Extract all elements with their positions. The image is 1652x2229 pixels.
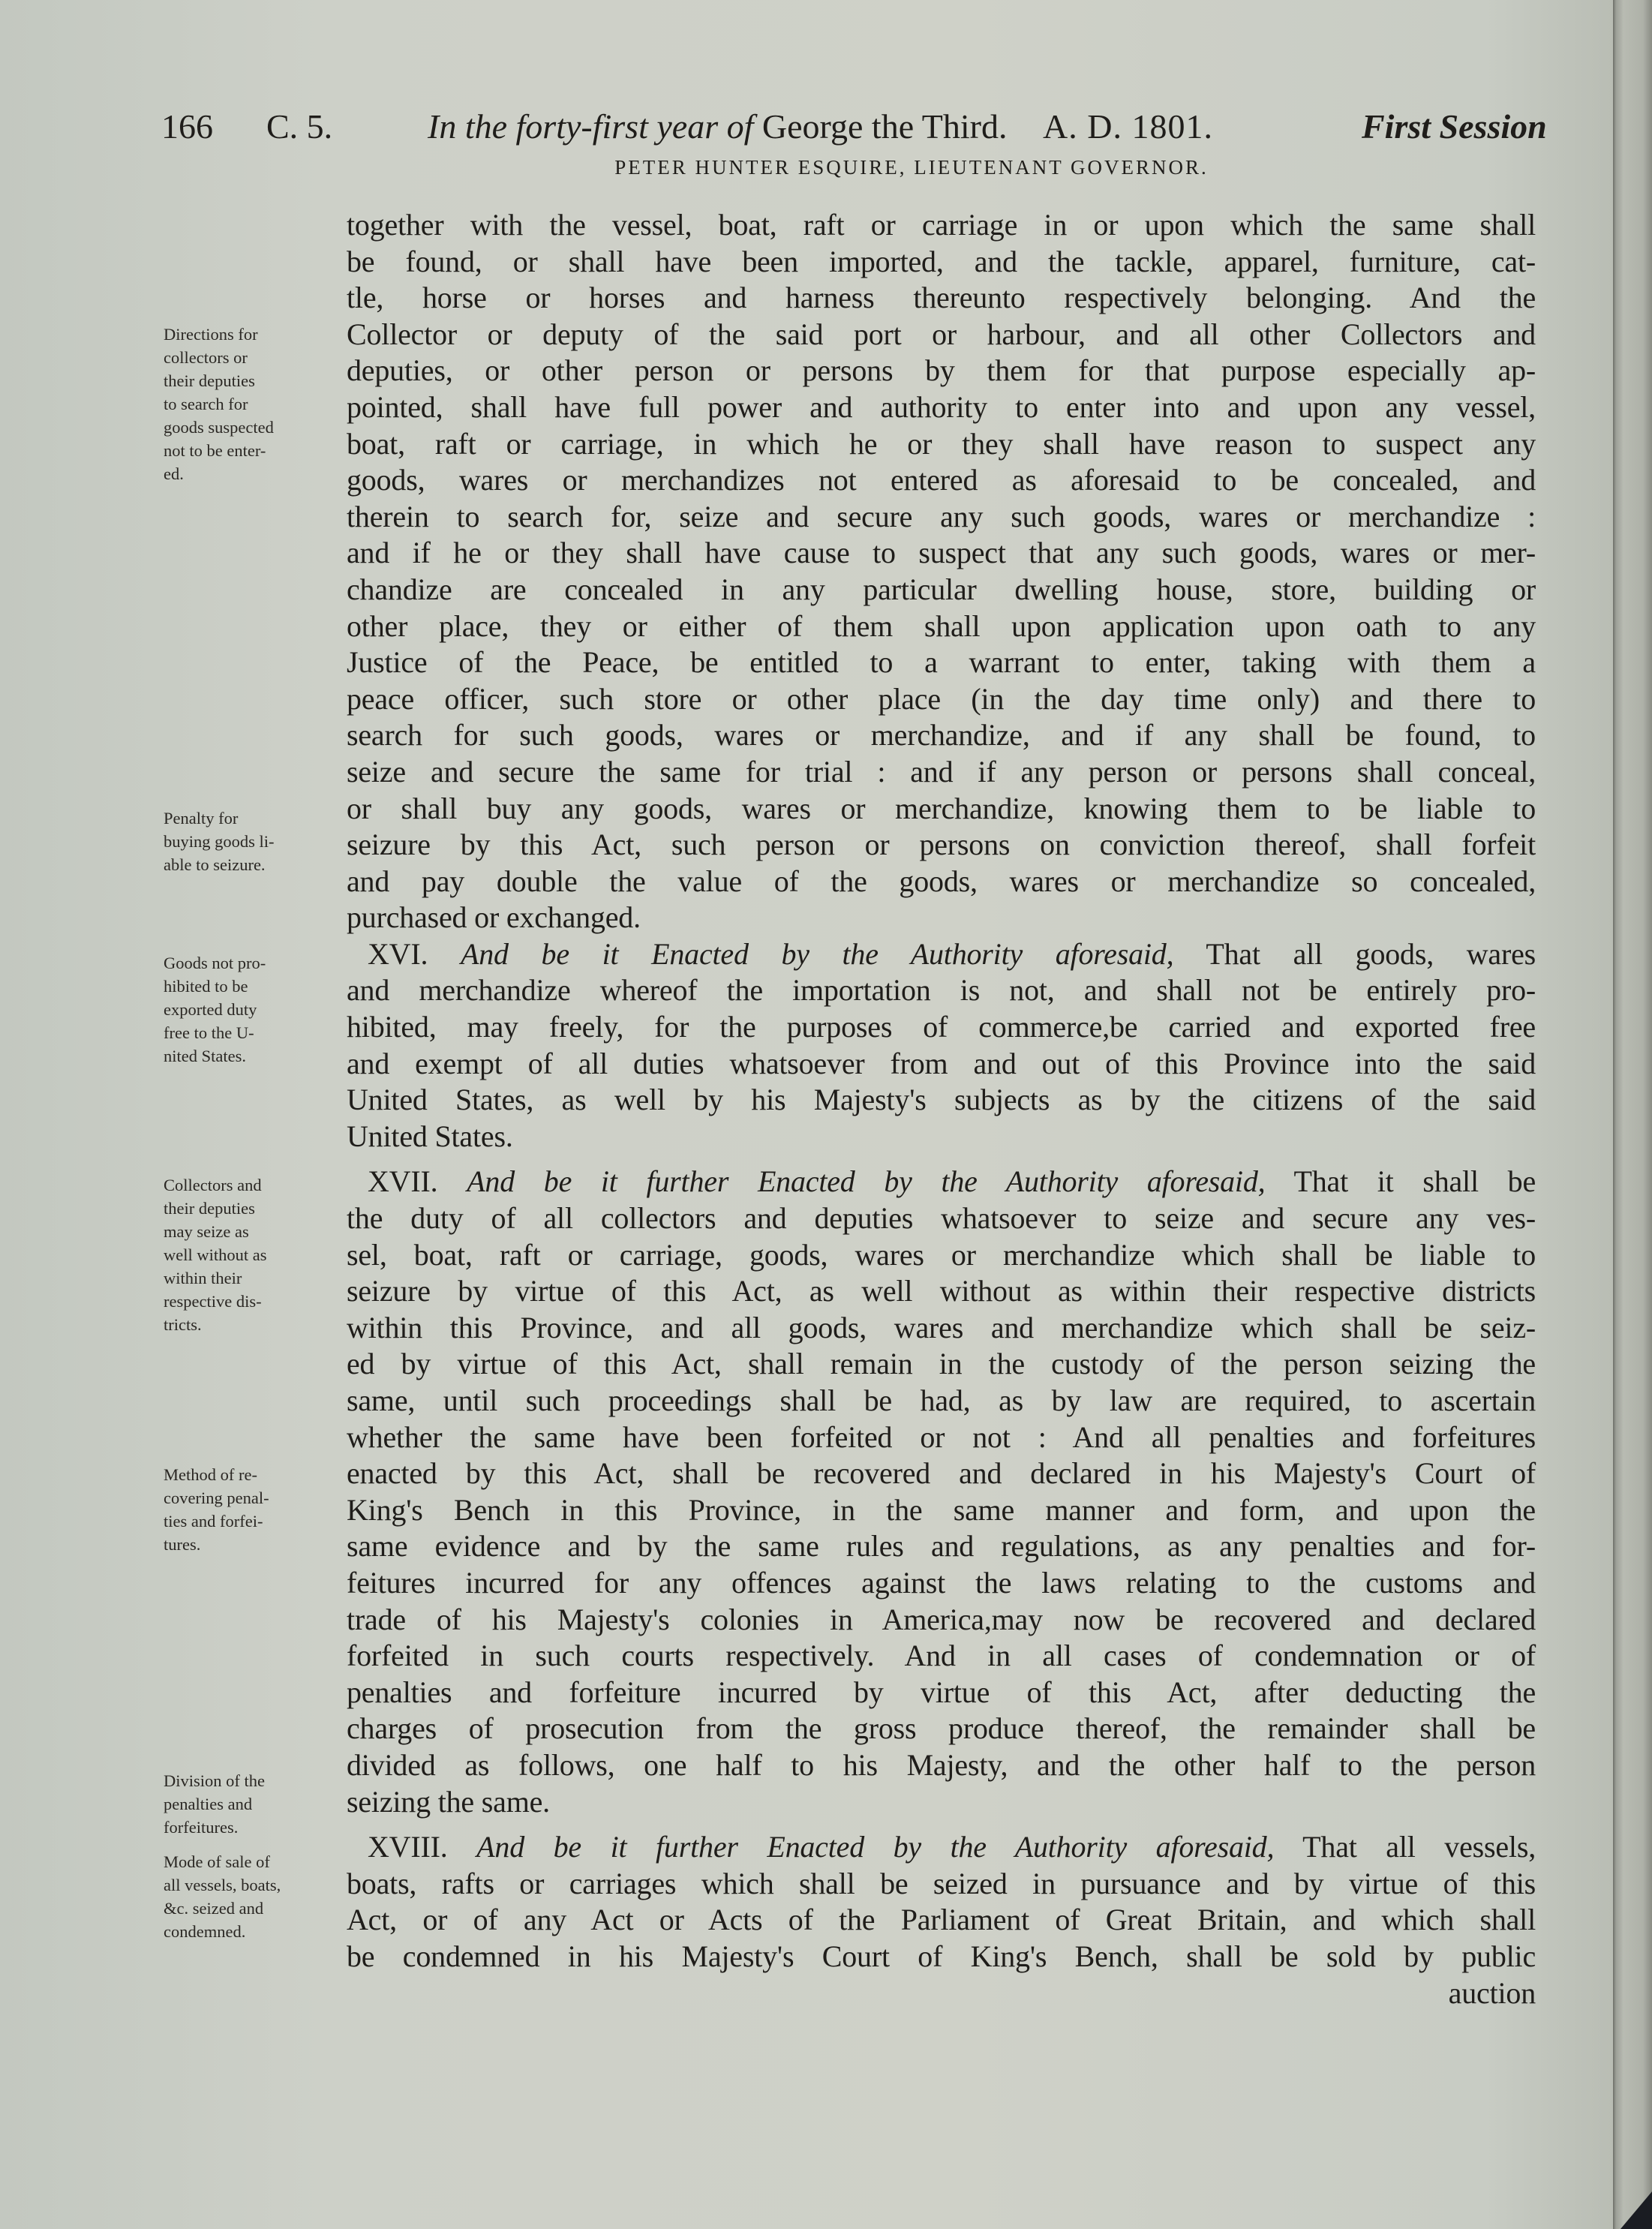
text-line: sel, boat, raft or carriage, goods, ware… — [347, 1237, 1536, 1274]
text-line: seizing the same. — [347, 1784, 1536, 1821]
running-head: 166 C. 5. In the forty-first year of Geo… — [161, 107, 1549, 152]
margin-note-line: tures. — [164, 1533, 344, 1556]
margin-note-line: to search for — [164, 392, 344, 416]
text-line: boats, rafts or carriages which shall be… — [347, 1866, 1536, 1903]
text-line: hibited, may freely, for the purposes of… — [347, 1009, 1536, 1046]
paragraph-continued: together with the vessel, boat, raft or … — [347, 207, 1536, 936]
margin-note-line: nited States. — [164, 1044, 344, 1068]
margin-note-line: able to seizure. — [164, 853, 344, 876]
section-number: XVII. — [368, 1164, 437, 1198]
text-line: Act, or of any Act or Acts of the Parlia… — [347, 1902, 1536, 1939]
text-line: same evidence and by the same rules and … — [347, 1528, 1536, 1565]
section-text: That all vessels, — [1302, 1830, 1536, 1864]
section-text: That it shall be — [1294, 1164, 1536, 1198]
margin-note-line: collectors or — [164, 346, 344, 369]
year: A. D. 1801. — [1043, 107, 1213, 146]
margin-note-line: goods suspected — [164, 416, 344, 439]
margin-note: Mode of sale ofall vessels, boats,&c. se… — [164, 1850, 344, 1943]
margin-note-line: Directions for — [164, 323, 344, 346]
margin-note-line: may seize as — [164, 1220, 344, 1243]
enacting-clause: And be it further Enacted by the Authori… — [476, 1830, 1274, 1864]
sub-heading: PETER HUNTER ESQUIRE, LIEUTENANT GOVERNO… — [0, 156, 1613, 179]
book-gutter — [1613, 0, 1652, 2229]
margin-note-line: hibited to be — [164, 975, 344, 998]
margin-note-line: respective dis- — [164, 1290, 344, 1313]
text-line: trade of his Majesty's colonies in Ameri… — [347, 1602, 1536, 1639]
margin-note: Collectors andtheir deputiesmay seize as… — [164, 1173, 344, 1336]
margin-note: Goods not pro-hibited to beexported duty… — [164, 951, 344, 1068]
regnal-title: In the forty-first year of George the Th… — [428, 107, 1007, 146]
text-line: search for such goods, wares or merchand… — [347, 717, 1536, 754]
text-line: the duty of all collectors and deputies … — [347, 1200, 1536, 1237]
margin-note-line: not to be enter- — [164, 439, 344, 462]
regnal-title-king: George the Third. — [762, 107, 1008, 146]
margin-note-line: Goods not pro- — [164, 951, 344, 975]
text-line: United States. — [347, 1119, 1536, 1155]
margin-note-line: penalties and — [164, 1792, 344, 1816]
margin-note-line: buying goods li- — [164, 830, 344, 853]
text-line: boat, raft or carriage, in which he or t… — [347, 426, 1536, 463]
margin-note: Method of re-covering penal-ties and for… — [164, 1463, 344, 1556]
margin-note-line: Mode of sale of — [164, 1850, 344, 1873]
section-first-line: XVIII. And be it further Enacted by the … — [347, 1829, 1536, 1866]
text-line: King's Bench in this Province, in the sa… — [347, 1492, 1536, 1529]
text-line: whether the same have been forfeited or … — [347, 1419, 1536, 1456]
section-number: XVI. — [368, 937, 428, 971]
text-line: charges of prosecution from the gross pr… — [347, 1711, 1536, 1747]
text-line: divided as follows, one half to his Maje… — [347, 1747, 1536, 1784]
text-line: ed by virtue of this Act, shall remain i… — [347, 1346, 1536, 1383]
margin-note: Division of thepenalties andforfeitures. — [164, 1769, 344, 1839]
margin-note-line: exported duty — [164, 998, 344, 1021]
text-line: and pay double the value of the goods, w… — [347, 864, 1536, 900]
text-line: therein to search for, seize and secure … — [347, 499, 1536, 536]
text-line: enacted by this Act, shall be recovered … — [347, 1455, 1536, 1492]
margin-note: Directions forcollectors ortheir deputie… — [164, 323, 344, 485]
governor-heading: PETER HUNTER ESQUIRE, LIEUTENANT GOVERNO… — [614, 156, 1208, 179]
margin-note-line: covering penal- — [164, 1486, 344, 1510]
margin-note-line: ties and forfei- — [164, 1510, 344, 1533]
book-page: 166 C. 5. In the forty-first year of Geo… — [0, 0, 1613, 2229]
margin-note-line: Division of the — [164, 1769, 344, 1792]
text-line: purchased or exchanged. — [347, 900, 1536, 936]
section-number: XVIII. — [368, 1830, 448, 1864]
margin-note-line: Method of re- — [164, 1463, 344, 1486]
margin-note-line: well without as — [164, 1243, 344, 1266]
section-first-line: XVII. And be it further Enacted by the A… — [347, 1164, 1536, 1200]
text-line: together with the vessel, boat, raft or … — [347, 207, 1536, 244]
text-line: seize and secure the same for trial : an… — [347, 754, 1536, 791]
text-line: United States, as well by his Majesty's … — [347, 1082, 1536, 1119]
text-line: deputies, or other person or persons by … — [347, 353, 1536, 389]
session: First Session — [1362, 107, 1547, 146]
margin-note: Penalty forbuying goods li-able to seizu… — [164, 807, 344, 876]
margin-note-line: Penalty for — [164, 807, 344, 830]
section-text: That all goods, wares — [1206, 937, 1536, 971]
section-first-line: XVI. And be it Enacted by the Authority … — [347, 936, 1536, 973]
text-line: peace officer, such store or other place… — [347, 681, 1536, 718]
text-line: other place, they or either of them shal… — [347, 608, 1536, 645]
text-line: seizure by virtue of this Act, as well w… — [347, 1273, 1536, 1310]
margin-note-line: their deputies — [164, 369, 344, 392]
text-line: or shall buy any goods, wares or merchan… — [347, 791, 1536, 828]
text-line: and exempt of all duties whatsoever from… — [347, 1046, 1536, 1083]
text-line: and if he or they shall have cause to su… — [347, 535, 1536, 572]
text-line: penalties and forfeiture incurred by vir… — [347, 1675, 1536, 1711]
margin-note-line: their deputies — [164, 1197, 344, 1220]
margin-note-line: ed. — [164, 462, 344, 485]
chapter-number: C. 5. — [266, 107, 332, 146]
margin-note-line: forfeitures. — [164, 1816, 344, 1839]
text-line: feitures incurred for any offences again… — [347, 1565, 1536, 1602]
text-line: be condemned in his Majesty's Court of K… — [347, 1939, 1536, 1975]
margin-note-line: within their — [164, 1266, 344, 1290]
text-line: chandize are concealed in any particular… — [347, 572, 1536, 608]
margin-note-line: &c. seized and — [164, 1897, 344, 1920]
margin-note-line: tricts. — [164, 1313, 344, 1336]
text-line: pointed, shall have full power and autho… — [347, 389, 1536, 426]
page-number: 166 — [161, 107, 213, 146]
regnal-title-pre: In the forty-first year of — [428, 107, 762, 146]
catchword: auction — [347, 1975, 1536, 2012]
margin-note-line: condemned. — [164, 1920, 344, 1943]
paragraph-gap — [347, 1155, 1536, 1164]
text-line: be found, or shall have been imported, a… — [347, 244, 1536, 281]
text-line: Justice of the Peace, be entitled to a w… — [347, 644, 1536, 681]
enacting-clause: And be it further Enacted by the Authori… — [467, 1164, 1265, 1198]
text-line: seizure by this Act, such person or pers… — [347, 827, 1536, 864]
text-line: forfeited in such courts respectively. A… — [347, 1638, 1536, 1675]
margin-note-line: Collectors and — [164, 1173, 344, 1197]
section-xvi: XVI. And be it Enacted by the Authority … — [347, 936, 1536, 1164]
section-xvii: XVII. And be it further Enacted by the A… — [347, 1164, 1536, 1829]
section-xviii: XVIII. And be it further Enacted by the … — [347, 1829, 1536, 1975]
text-line: tle, horse or horses and harness thereun… — [347, 280, 1536, 317]
text-line: goods, wares or merchandizes not entered… — [347, 462, 1536, 499]
margin-note-line: free to the U- — [164, 1021, 344, 1044]
text-line: and merchandize whereof the importation … — [347, 972, 1536, 1009]
margin-note-line: all vessels, boats, — [164, 1873, 344, 1897]
text-line: Collector or deputy of the said port or … — [347, 317, 1536, 353]
paragraph-gap — [347, 1820, 1536, 1829]
text-line: within this Province, and all goods, war… — [347, 1310, 1536, 1347]
body-text: together with the vessel, boat, raft or … — [347, 207, 1536, 2011]
text-line: same, until such proceedings shall be ha… — [347, 1383, 1536, 1419]
enacting-clause: And be it Enacted by the Authority afore… — [461, 937, 1173, 971]
